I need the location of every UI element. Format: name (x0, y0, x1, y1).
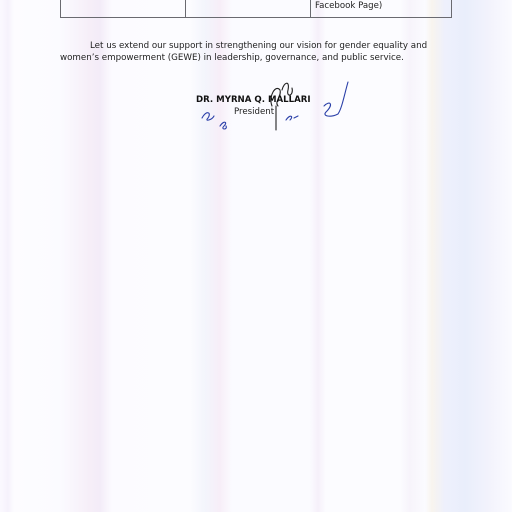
paragraph-line-1: Let us extend our support in strengtheni… (60, 40, 460, 52)
paragraph-line-2: women’s empowerment (GEWE) in leadership… (60, 52, 460, 64)
column-divider (310, 0, 311, 17)
handwritten-signature-icon (190, 76, 370, 136)
column-divider (185, 0, 186, 17)
closing-paragraph: Let us extend our support in strengtheni… (60, 40, 460, 64)
signatory-name: DR. MYRNA Q. MALLARI (196, 95, 311, 105)
table-last-row: Facebook Page) (60, 0, 452, 18)
signatory-title: President (234, 107, 274, 117)
table-cell-text: Facebook Page) (315, 1, 382, 11)
